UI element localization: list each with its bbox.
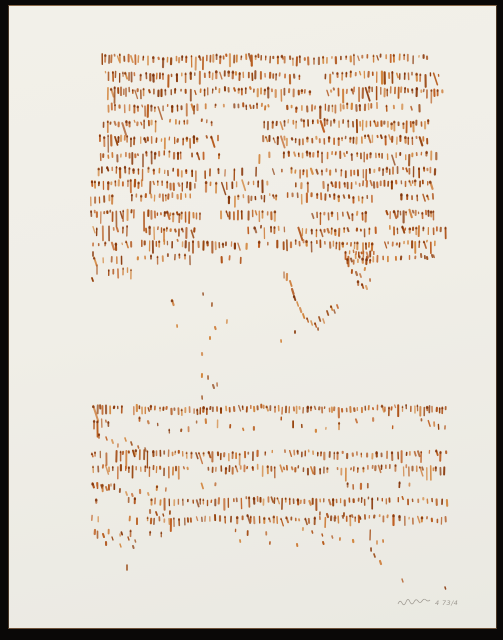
paper-sheet [8,5,497,629]
signature-squiggle-path [398,599,430,605]
artist-signature: 4 73/4 [397,597,458,609]
signature-squiggle [397,597,433,609]
signature-edition-text: 4 73/4 [435,599,458,607]
artwork-frame: 4 73/4 [0,0,503,640]
